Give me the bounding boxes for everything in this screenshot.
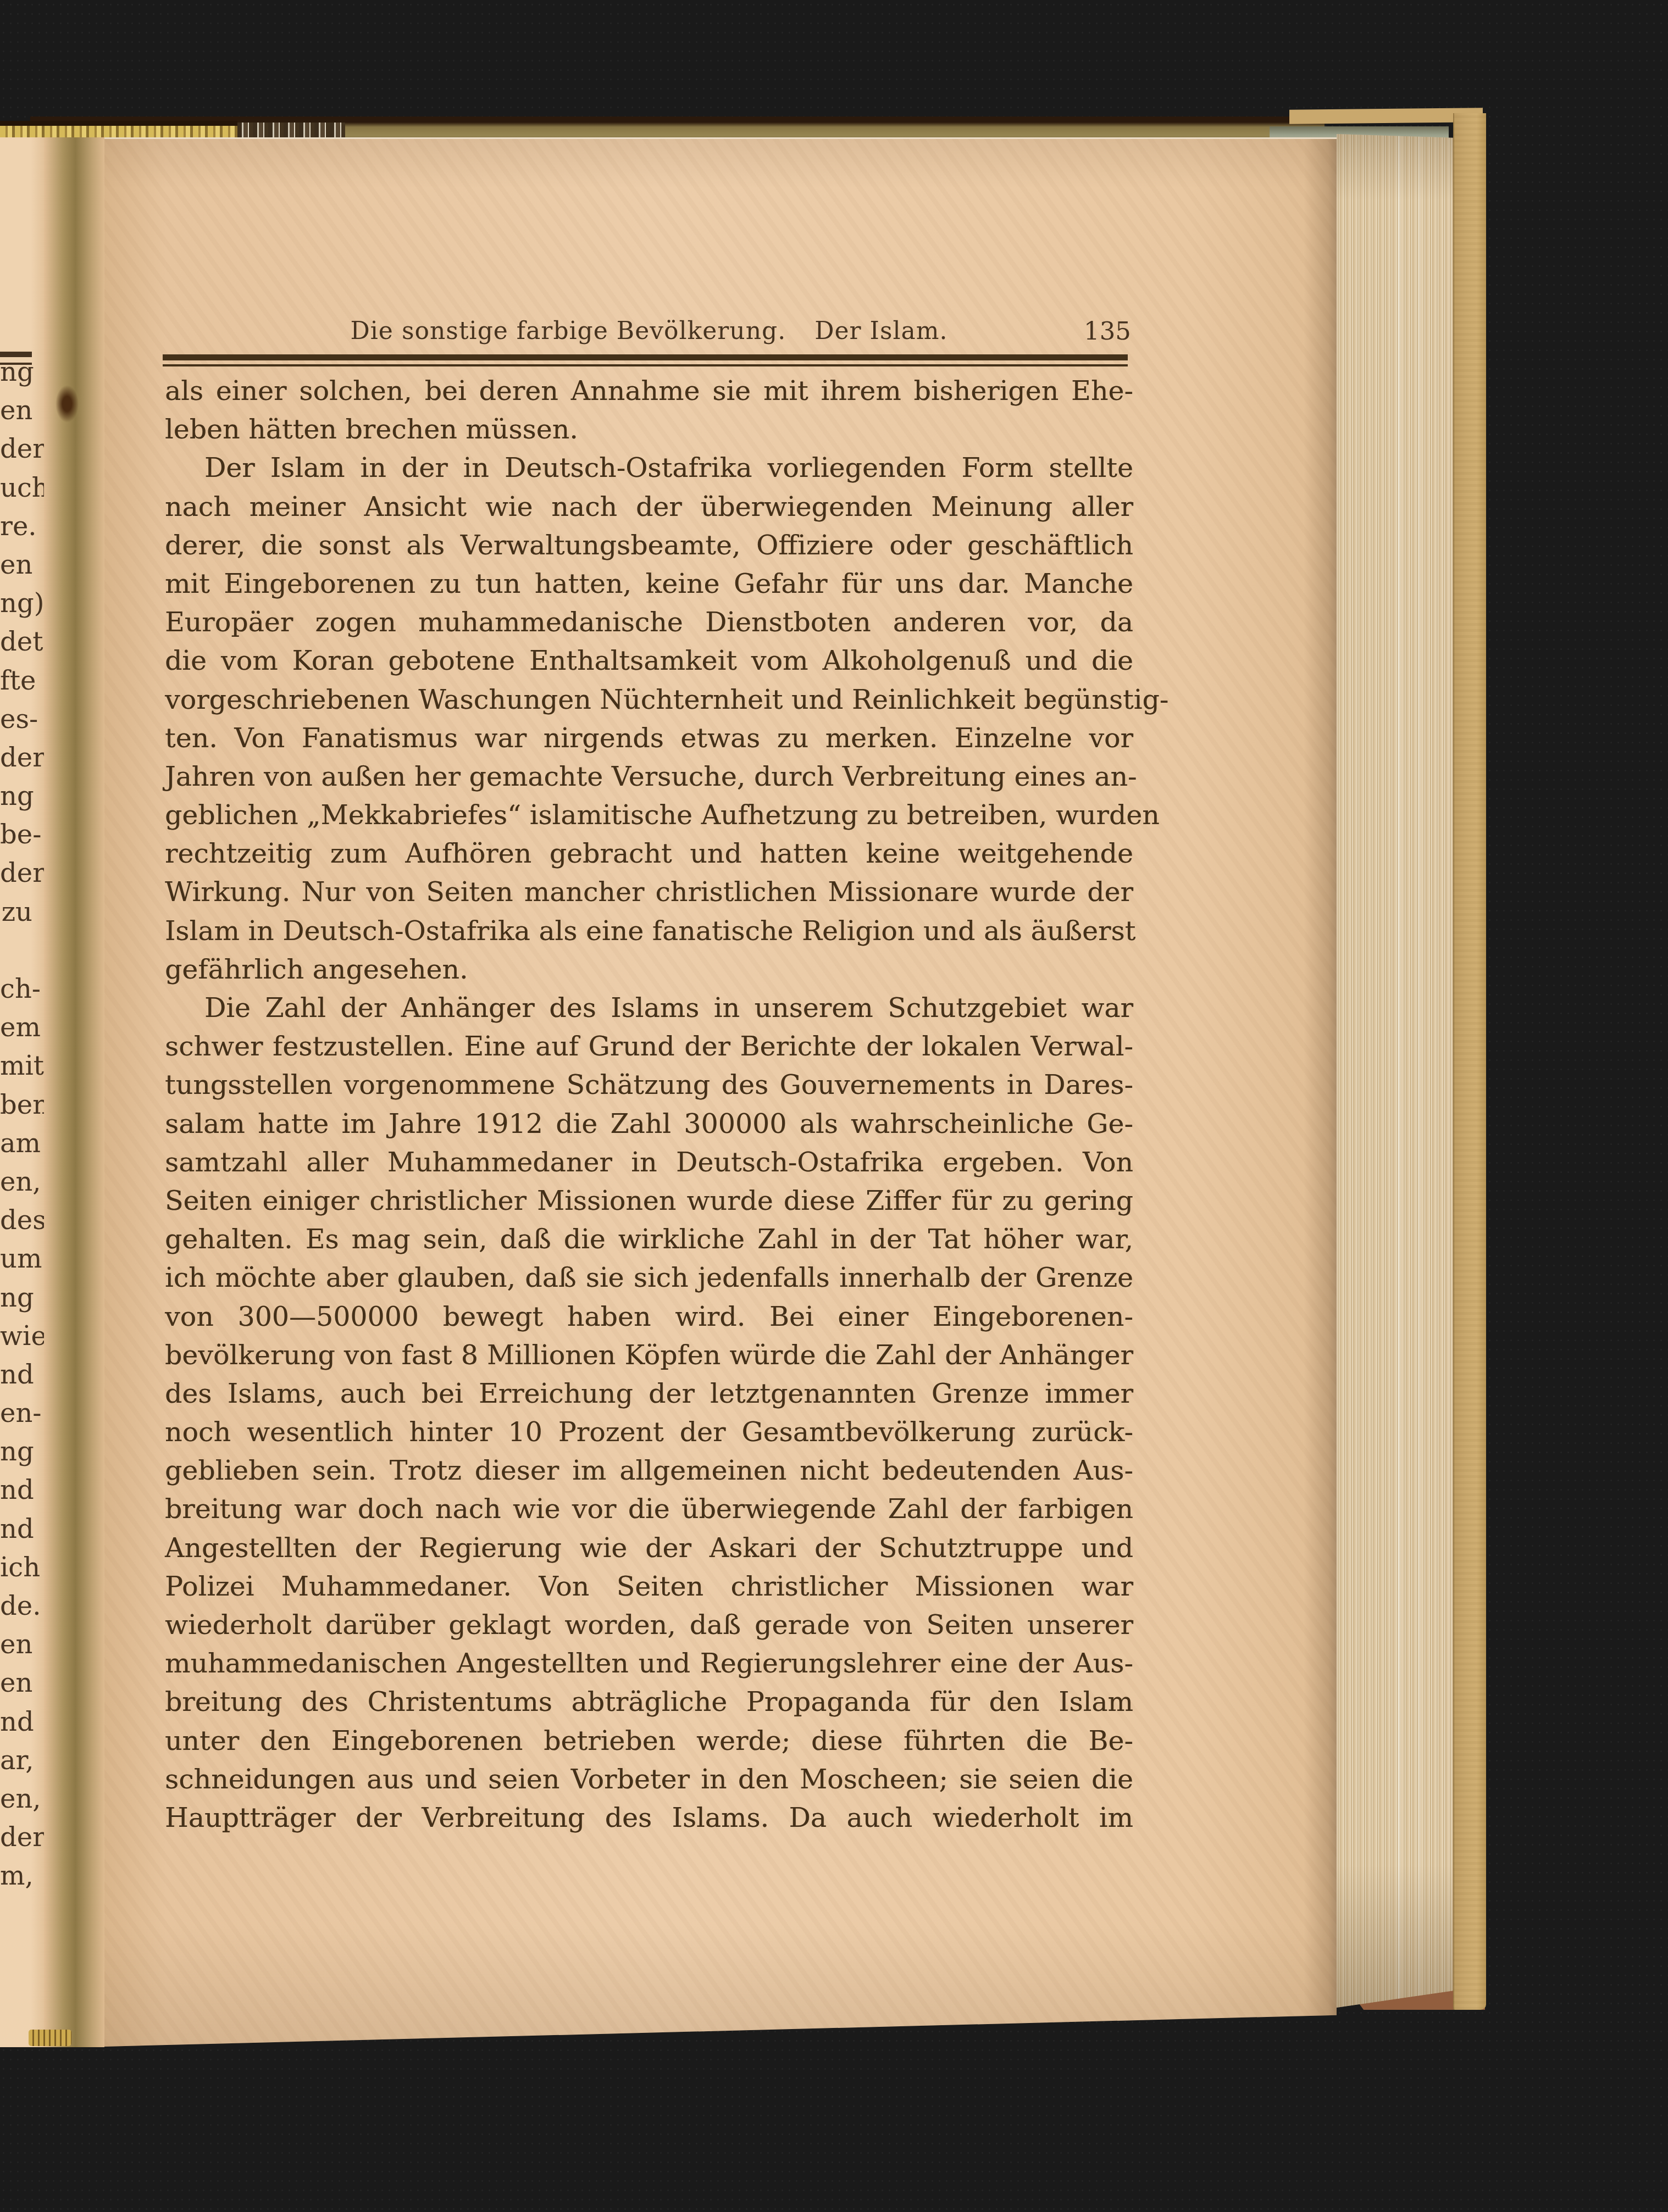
text-line: Wirkung. Nur von Seiten mancher christli… [165,873,1133,912]
text-line: tungsstellen vorgenommene Schätzung des … [165,1066,1133,1104]
left-page-line-fragment: ch- [0,970,34,1008]
left-page-line-fragment: der [0,738,34,777]
running-header-title: Die sonstige farbige Bevölkerung.Der Isl… [165,316,1133,347]
left-page-line-fragment: ng) [0,584,34,623]
text-line: unter den Eingeborenen betrieben werde; … [165,1722,1133,1760]
text-line: bevölkerung von fast 8 Millionen Köpfen … [165,1336,1133,1375]
left-page-sliver: ngenderuchre.enng)detftees-derngbe-derzu… [0,137,44,2047]
left-page-line-fragment: nd [0,1355,34,1394]
left-page-line-fragment: ich [0,1548,34,1587]
left-page-line-fragment: nd [0,1510,34,1548]
text-line: vorgeschriebenen Waschungen Nüchternheit… [165,681,1133,719]
left-page-line-fragment: der [0,1818,34,1857]
left-page-line-fragment: re. [0,507,34,546]
text-line: breitung war doch nach wie vor die überw… [165,1490,1133,1529]
left-page-line-fragment: en- [0,1394,34,1432]
left-page-line-fragment [0,931,34,970]
binding-gutter [44,137,104,2047]
text-line: noch wesentlich hinter 10 Prozent der Ge… [165,1413,1133,1452]
text-line: derer, die sonst als Verwaltungsbeamte, … [165,526,1133,565]
text-line: nach meiner Ansicht wie nach der überwie… [165,488,1133,526]
left-page-line-fragment: ng [0,353,34,391]
page-fold-shadow [1304,139,1337,2047]
text-line: gefährlich angesehen. [165,951,1133,989]
text-line: rechtzeitig zum Aufhören gebracht und ha… [165,835,1133,873]
left-page-line-fragment: der [0,430,34,468]
text-line: gehalten. Es mag sein, daß die wirkliche… [165,1220,1133,1259]
left-page-line-fragment: en, [0,1780,34,1818]
left-page-line-fragment: fte [0,662,34,700]
right-page: Die sonstige farbige Bevölkerung.Der Isl… [104,137,1337,2047]
text-line: Die Zahl der Anhänger des Islams in unse… [165,989,1133,1027]
gutter-stain [52,379,82,429]
header-rule [163,354,1128,366]
left-page-line-fragment: des [0,1201,34,1240]
text-line: salam hatte im Jahre 1912 die Zahl 30000… [165,1105,1133,1143]
left-page-line-fragment: zu [0,893,34,931]
left-page-line-fragment: ng [0,777,34,815]
left-page-line-fragment: mit [0,1047,34,1085]
left-page-line-fragment: det [0,623,34,661]
book-scan: ngenderuchre.enng)detftees-derngbe-derzu… [0,0,1668,2212]
left-page-line-fragment: de. [0,1587,34,1625]
fore-edge-page-stack [1337,134,1453,2008]
text-line: muhammedanischen Angestellten und Regier… [165,1644,1133,1683]
left-page-line-fragment: en, [0,1163,34,1201]
page-number: 135 [1084,316,1131,347]
text-line: des Islams, auch bei Erreichung der letz… [165,1375,1133,1413]
text-line: Der Islam in der in Deutsch-Ostafrika vo… [165,449,1133,487]
left-page-line-fragment: es- [0,700,34,738]
left-page-line-fragment: um [0,1240,34,1278]
text-line: samtzahl aller Muhammedaner in Deutsch-O… [165,1143,1133,1182]
text-line: Polizei Muhammedaner. Von Seiten christl… [165,1568,1133,1606]
text-line: schneidungen aus und seien Vorbeter in d… [165,1760,1133,1799]
left-page-line-fragment: ar, [0,1741,34,1780]
left-page-line-fragment: am [0,1124,34,1163]
text-line: ich möchte aber glauben, daß sie sich je… [165,1259,1133,1297]
text-line: Hauptträger der Verbreitung des Islams. … [165,1799,1133,1837]
tailband-gold [29,2030,71,2046]
text-line: breitung des Christentums abträgliche Pr… [165,1683,1133,1721]
cover-board-edge [1453,113,1486,2010]
text-line: ten. Von Fanatismus war nirgends etwas z… [165,719,1133,758]
text-line: Islam in Deutsch-Ostafrika als eine fana… [165,912,1133,951]
left-page-line-fragment: en [0,1625,34,1664]
left-page-line-fragment: en [0,546,34,584]
text-line: leben hätten brechen müssen. [165,410,1133,449]
text-line: wiederholt darüber geklagt worden, daß g… [165,1606,1133,1644]
left-page-line-fragment: nd [0,1703,34,1741]
left-page-line-fragment: ng [0,1432,34,1471]
text-line: Jahren von außen her gemachte Versuche, … [165,758,1133,796]
left-page-line-fragment: ben [0,1086,34,1124]
left-page-line-fragment: nd [0,1471,34,1509]
chapter-title: Der Islam. [814,317,947,345]
left-page-line-fragment: m, [0,1857,34,1895]
text-line: schwer festzustellen. Eine auf Grund der… [165,1027,1133,1066]
text-line: mit Eingeborenen zu tun hatten, keine Ge… [165,565,1133,603]
left-page-fragments: ngenderuchre.enng)detftees-derngbe-derzu… [0,353,34,1896]
text-line: die vom Koran gebotene Enthaltsamkeit vo… [165,642,1133,680]
left-page-line-fragment: ng [0,1279,34,1317]
section-title: Die sonstige farbige Bevölkerung. [351,317,786,345]
text-line: geblichen „Mekkabriefes“ islamitische Au… [165,796,1133,835]
left-page-line-fragment: der [0,854,34,892]
left-page-line-fragment: en [0,391,34,430]
text-line: als einer solchen, bei deren Annahme sie… [165,372,1133,410]
text-line: von 300—500000 bewegt haben wird. Bei ei… [165,1298,1133,1336]
text-line: Seiten einiger christlicher Missionen wu… [165,1182,1133,1220]
left-page-line-fragment: en [0,1664,34,1702]
running-header: Die sonstige farbige Bevölkerung.Der Isl… [165,316,1133,348]
text-line: Europäer zogen muhammedanische Dienstbot… [165,603,1133,642]
left-page-line-fragment: wie [0,1317,34,1355]
left-page-line-fragment: em [0,1008,34,1047]
left-page-line-fragment: be- [0,815,34,854]
text-line: Angestellten der Regierung wie der Askar… [165,1529,1133,1568]
text-line: geblieben sein. Trotz dieser im allgemei… [165,1452,1133,1490]
left-page-line-fragment: uch [0,469,34,507]
body-text: als einer solchen, bei deren Annahme sie… [165,372,1133,1837]
